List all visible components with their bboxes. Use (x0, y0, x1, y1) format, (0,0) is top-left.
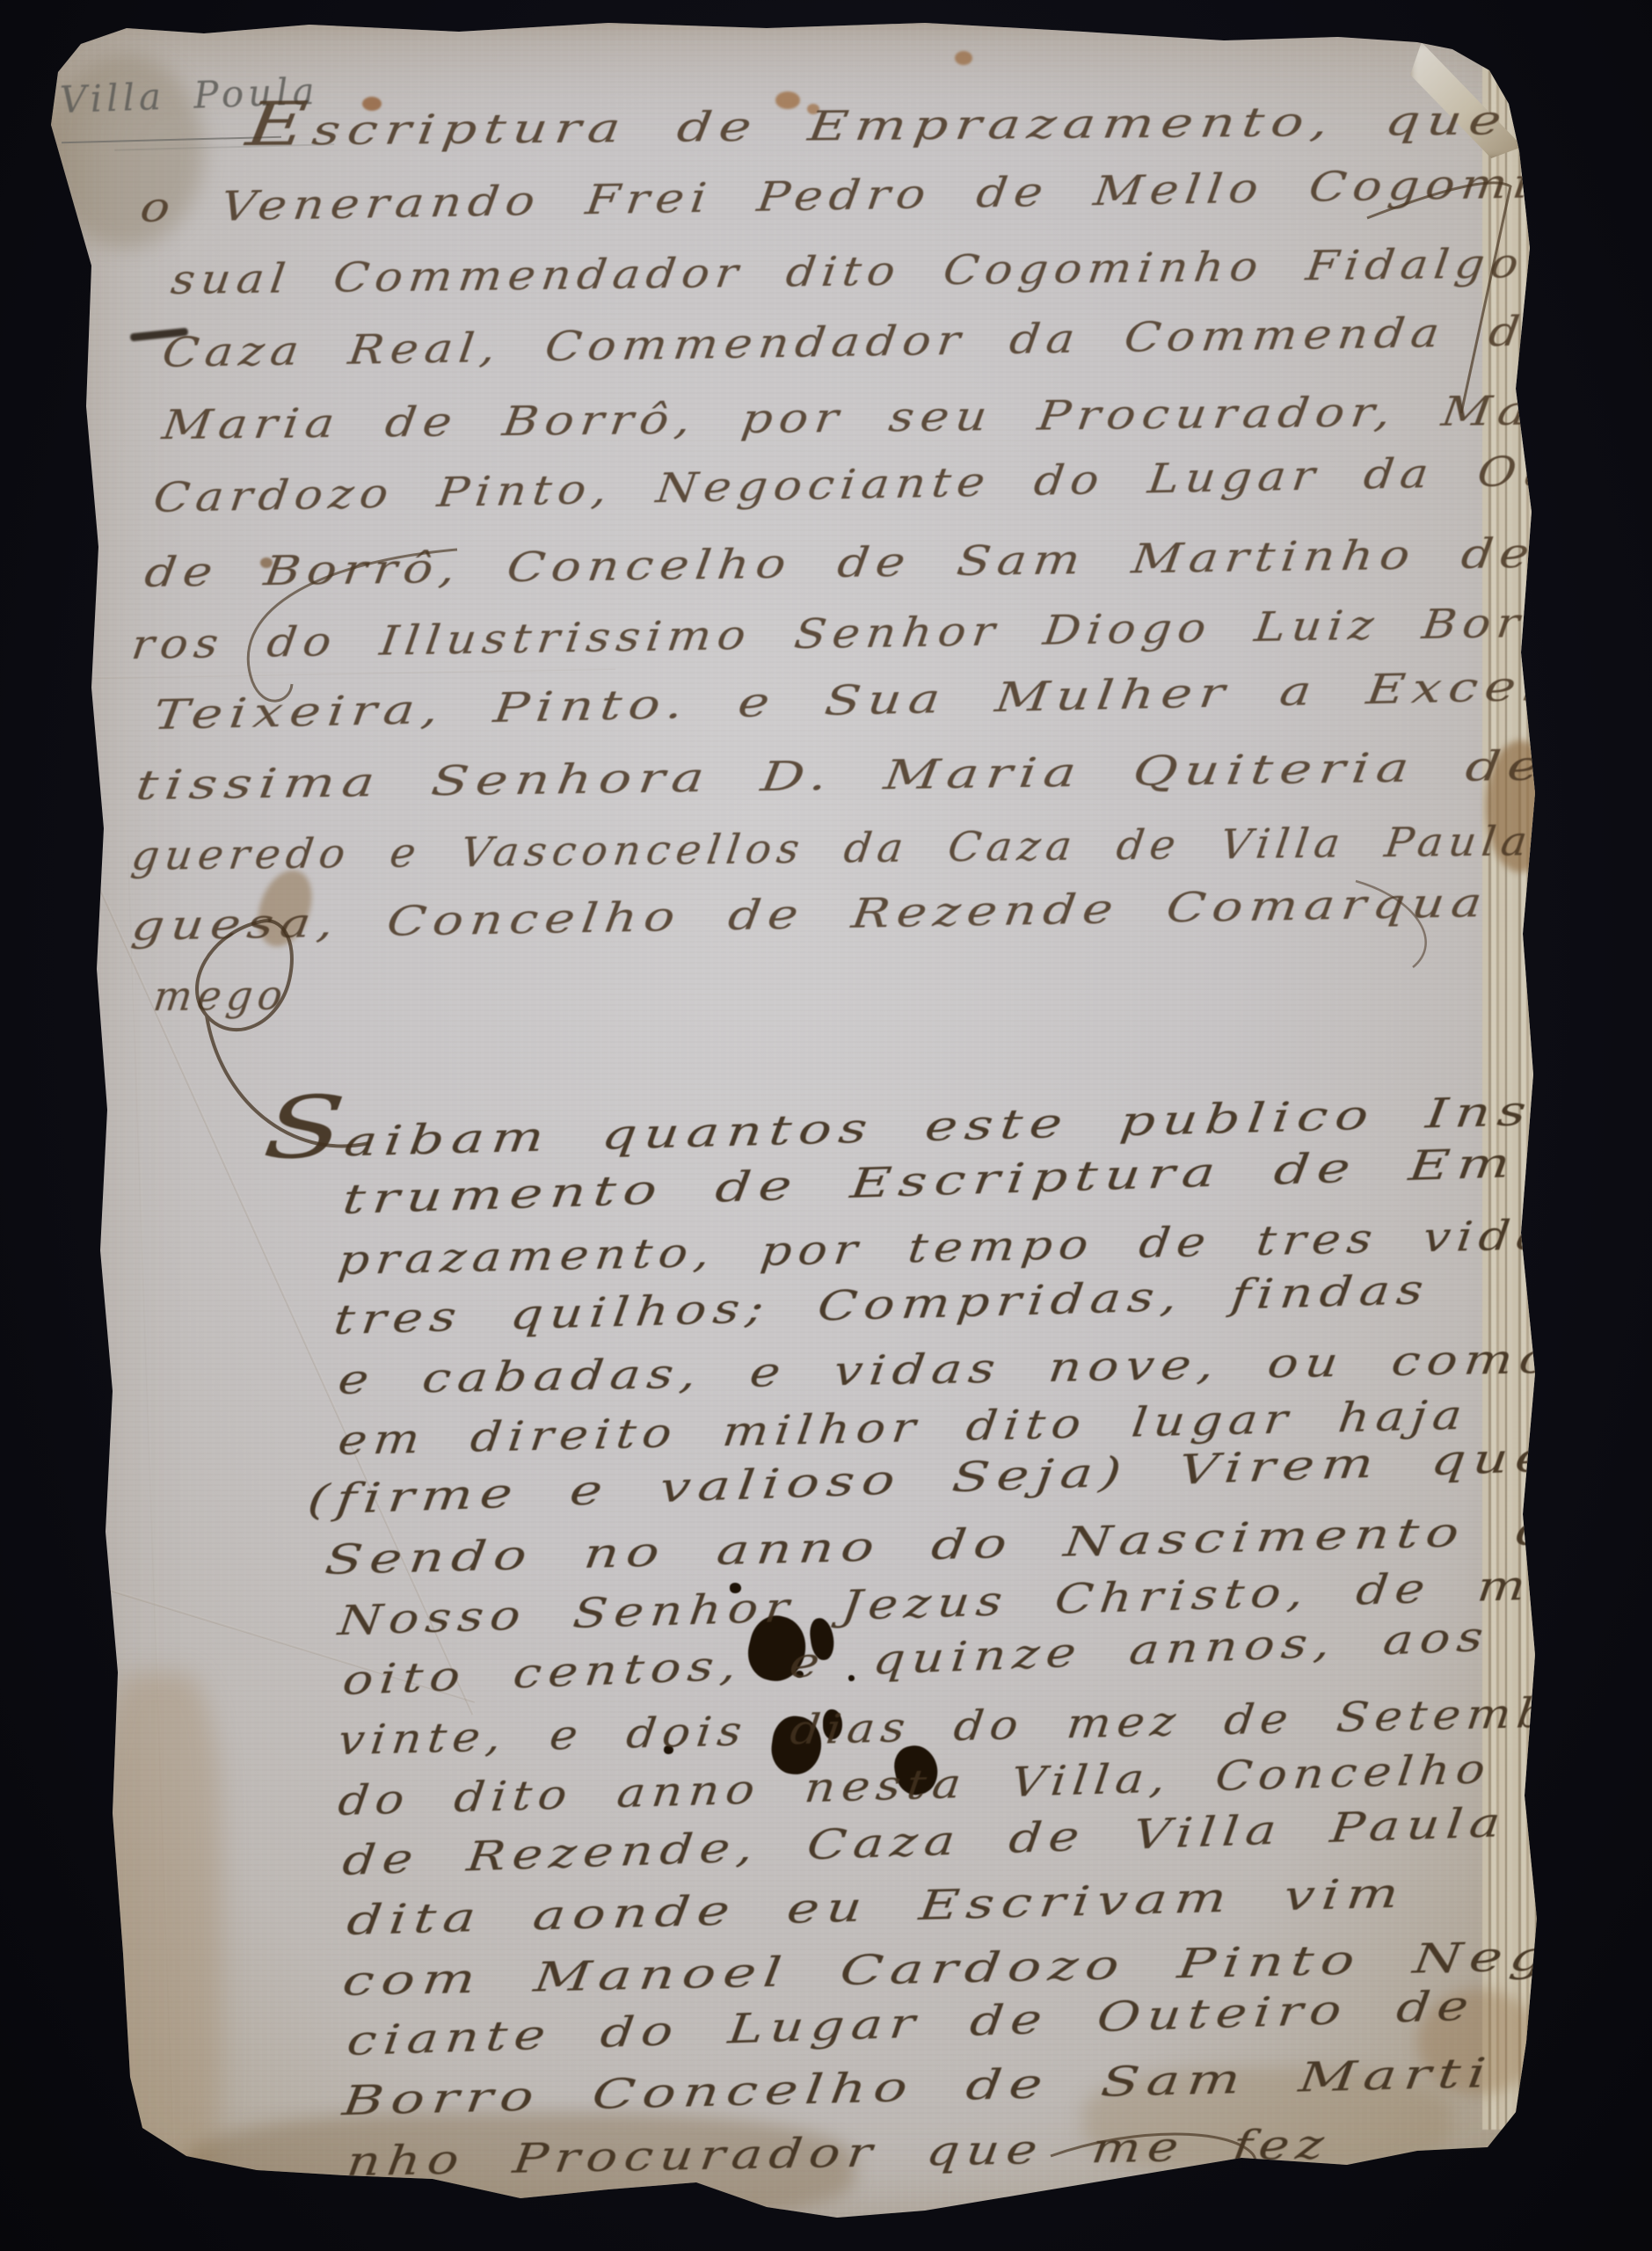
manuscript-line: mego (150, 972, 290, 1020)
photograph-of-manuscript: Villa Poula Escriptura de Emprazamento, … (0, 0, 1652, 2251)
manuscript-page: Villa Poula Escriptura de Emprazamento, … (46, 19, 1604, 2240)
